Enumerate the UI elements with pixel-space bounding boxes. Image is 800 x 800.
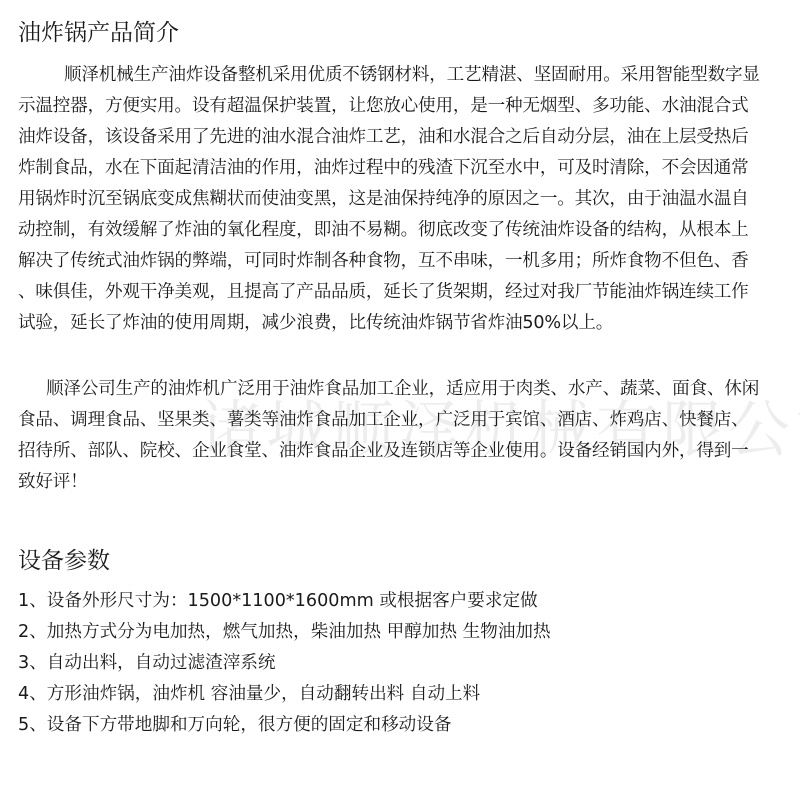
paragraph-line: 炸制食品，水在下面起清洁油的作用，油炸过程中的残渣下沉至水中，可及时清除，不会因… <box>18 153 749 184</box>
paragraph-line: 食品、调理食品、坚果类、薯类等油炸食品加工企业，广泛用于宾馆、酒店、炸鸡店、快餐… <box>18 405 749 436</box>
param-item: 5、设备下方带地脚和万向轮，很方便的固定和移动设备 <box>18 710 451 741</box>
param-item: 2、加热方式分为电加热，燃气加热，柴油加热 甲醇加热 生物油加热 <box>18 617 551 648</box>
paragraph-line: 、味俱佳，外观干净美观，且提高了产品品质，延长了货架期，经过对我厂节能油炸锅连续… <box>18 277 749 308</box>
paragraph-line: 顺泽公司生产的油炸机广泛用于油炸食品加工企业，适应用于肉类、水产、蔬菜、面食、休… <box>46 374 759 405</box>
paragraph-line: 试验，延长了炸油的使用周期，减少浪费，比传统油炸锅节省炸油50%以上。 <box>18 308 613 339</box>
paragraph-line: 用锅炸时沉至锅底变成焦糊状而使油变黑，这是油保持纯净的原因之一。其次，由于油温水… <box>18 184 749 215</box>
param-item: 1、设备外形尺寸为：1500*1100*1600mm 或根据客户要求定做 <box>18 586 538 617</box>
paragraph-line: 解决了传统式油炸锅的弊端，可同时炸制各种食物，互不串味，一机多用；所炸食物不但色… <box>18 246 749 277</box>
paragraph-line: 油炸设备，该设备采用了先进的油水混合油炸工艺，油和水混合之后自动分层，油在上层受… <box>18 122 749 153</box>
params-title: 设备参数 <box>18 546 110 576</box>
paragraph-line: 动控制，有效缓解了炸油的氧化程度，即油不易糊。彻底改变了传统油炸设备的结构，从根… <box>18 215 749 246</box>
paragraph-line: 顺泽机械生产油炸设备整机采用优质不锈钢材料，工艺精湛、坚固耐用。采用智能型数字显 <box>64 60 760 91</box>
paragraph-line: 招待所、部队、院校、企业食堂、油炸食品企业及连锁店等企业使用。设备经销国内外，得… <box>18 436 749 467</box>
paragraph-line: 致好评！ <box>18 467 88 498</box>
param-item: 3、自动出料，自动过滤渣滓系统 <box>18 648 276 679</box>
param-item: 4、方形油炸锅，油炸机 容油量少，自动翻转出料 自动上料 <box>18 679 480 710</box>
intro-title: 油炸锅产品简介 <box>18 18 179 48</box>
paragraph-line: 示温控器，方便实用。设有超温保护装置，让您放心使用，是一种无烟型、多功能、水油混… <box>18 91 749 122</box>
